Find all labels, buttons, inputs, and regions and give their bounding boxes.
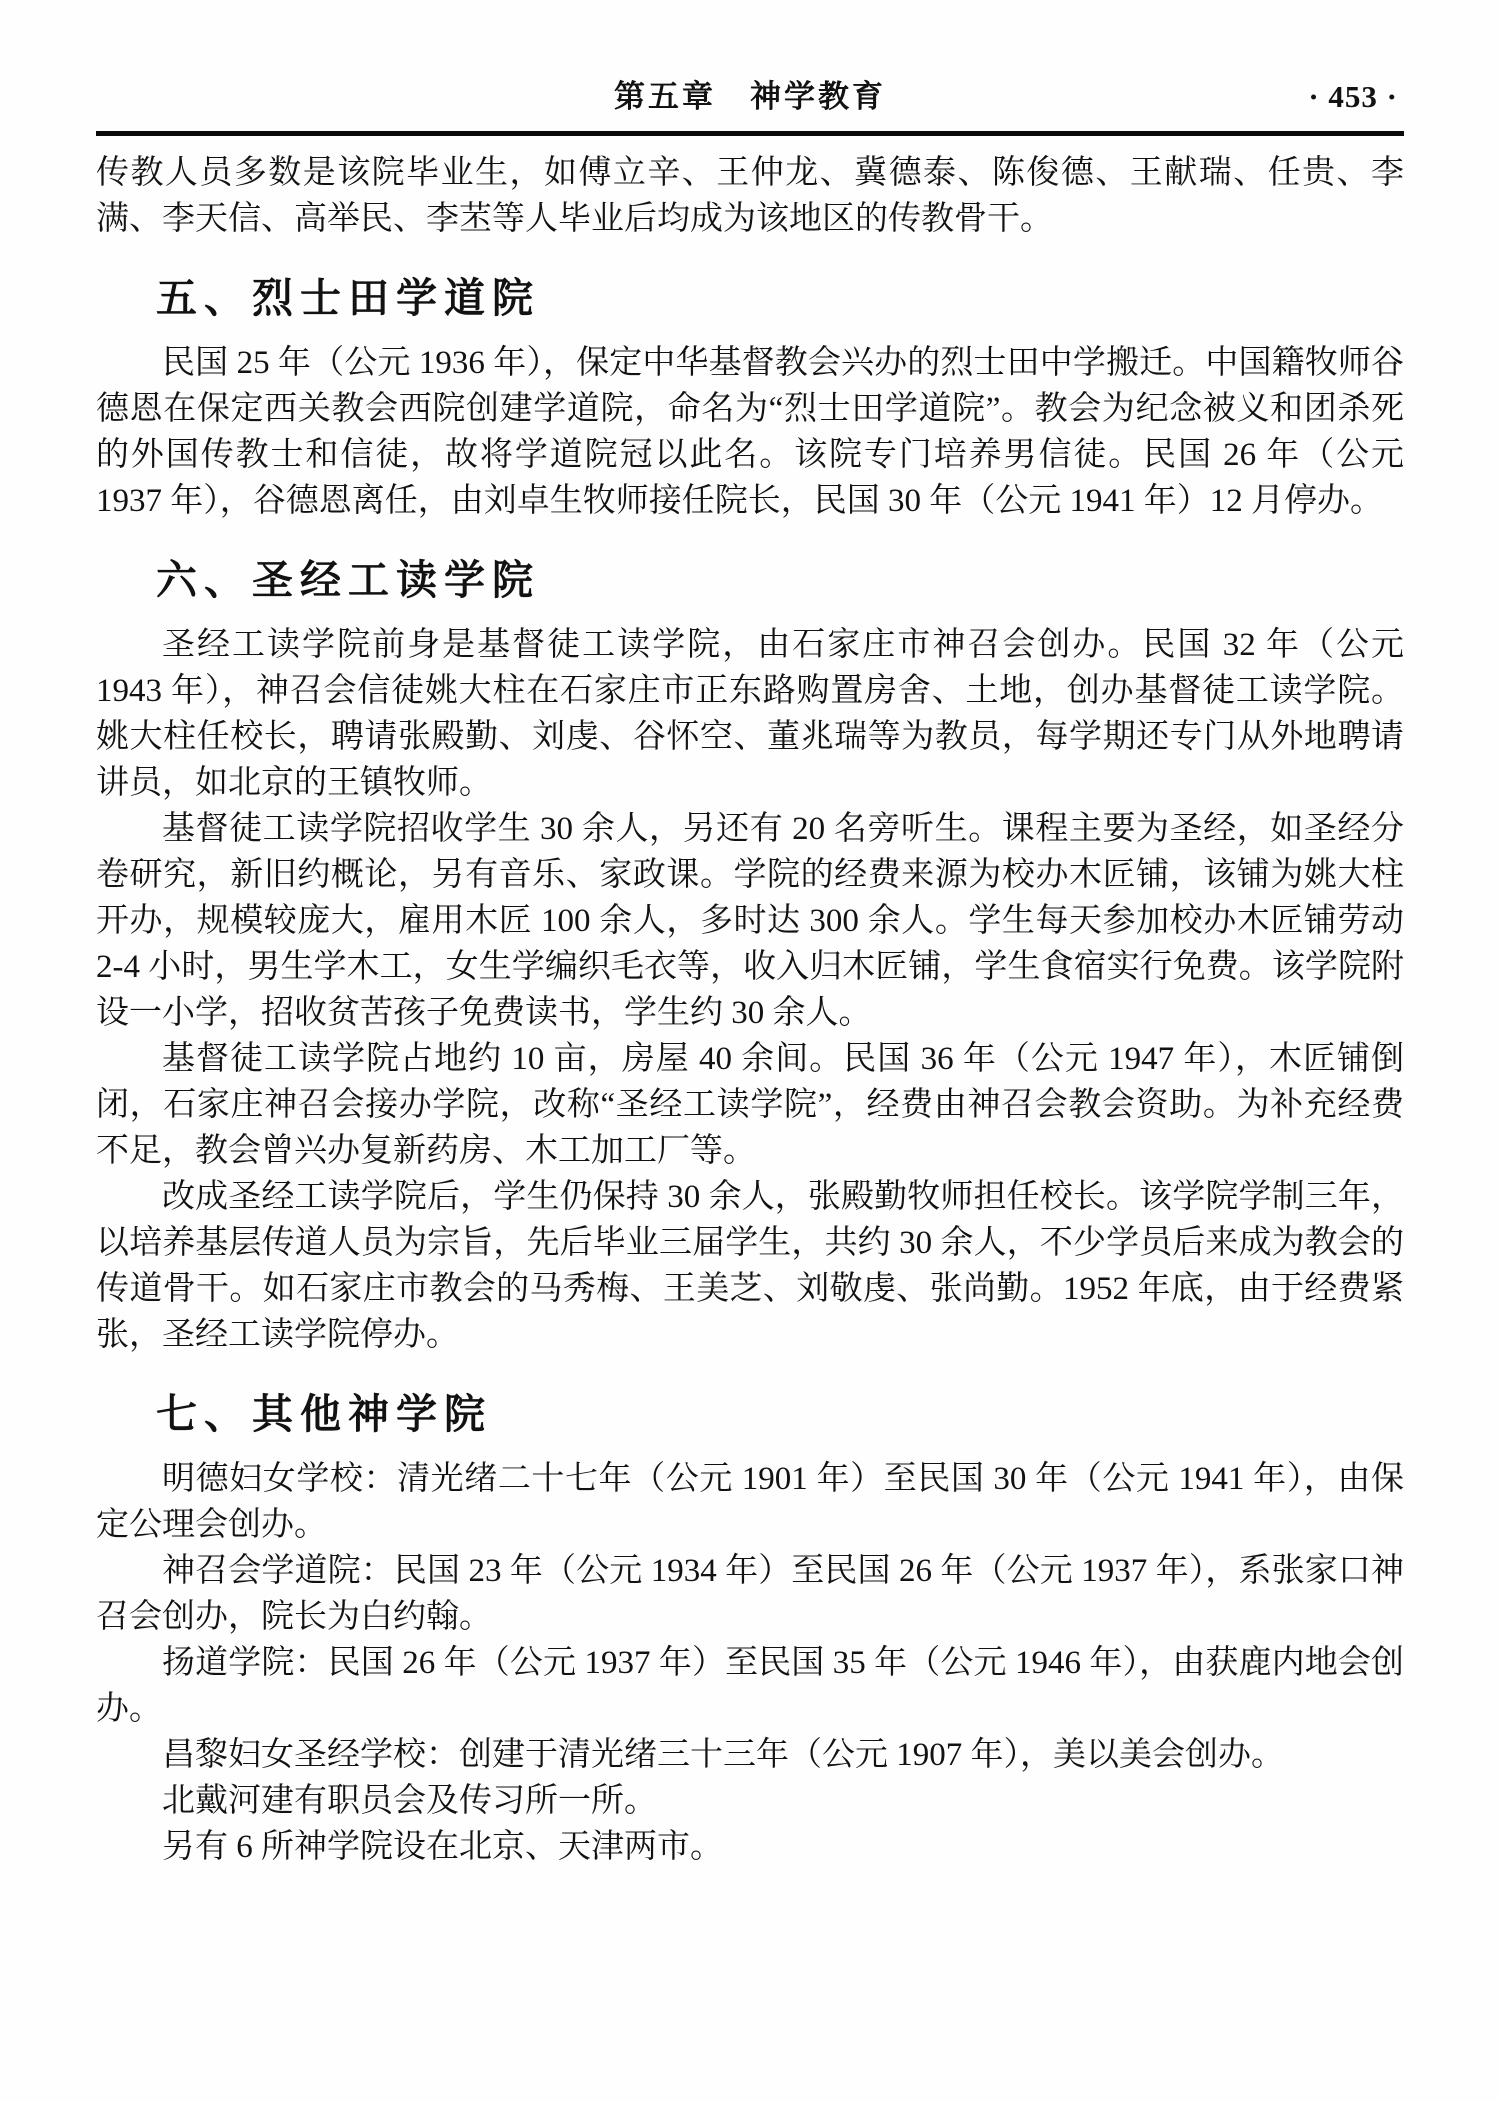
section-heading-7: 七、其他神学院 bbox=[156, 1388, 1404, 1440]
body-paragraph: 圣经工读学院前身是基督徒工读学院，由石家庄市神召会创办。民国 32 年（公元 1… bbox=[96, 622, 1404, 806]
body-paragraph: 另有 6 所神学院设在北京、天津两市。 bbox=[96, 1824, 1404, 1870]
body-paragraph: 民国 25 年（公元 1936 年），保定中华基督教会兴办的烈士田中学搬迁。中国… bbox=[96, 340, 1404, 524]
body-paragraph: 神召会学道院：民国 23 年（公元 1934 年）至民国 26 年（公元 193… bbox=[96, 1548, 1404, 1640]
page-body: 传教人员多数是该院毕业生，如傅立辛、王仲龙、冀德泰、陈俊德、王献瑞、任贵、李满、… bbox=[96, 150, 1404, 1870]
body-paragraph: 北戴河建有职员会及传习所一所。 bbox=[96, 1778, 1404, 1824]
paragraph-continuation: 传教人员多数是该院毕业生，如傅立辛、王仲龙、冀德泰、陈俊德、王献瑞、任贵、李满、… bbox=[96, 150, 1404, 242]
body-paragraph: 明德妇女学校：清光绪二十七年（公元 1901 年）至民国 30 年（公元 194… bbox=[96, 1456, 1404, 1548]
section-heading-6: 六、圣经工读学院 bbox=[156, 554, 1404, 606]
page-content: 第五章 神学教育 · 453 · 传教人员多数是该院毕业生，如傅立辛、王仲龙、冀… bbox=[0, 0, 1500, 1870]
page-number: · 453 · bbox=[1308, 76, 1398, 118]
body-paragraph: 基督徒工读学院占地约 10 亩，房屋 40 余间。民国 36 年（公元 1947… bbox=[96, 1036, 1404, 1174]
chapter-title: 第五章 神学教育 bbox=[614, 76, 886, 118]
running-header: 第五章 神学教育 · 453 · bbox=[96, 76, 1404, 118]
body-paragraph: 昌黎妇女圣经学校：创建于清光绪三十三年（公元 1907 年），美以美会创办。 bbox=[96, 1732, 1404, 1778]
body-paragraph: 扬道学院：民国 26 年（公元 1937 年）至民国 35 年（公元 1946 … bbox=[96, 1640, 1404, 1732]
body-paragraph: 改成圣经工读学院后，学生仍保持 30 余人，张殿勤牧师担任校长。该学院学制三年，… bbox=[96, 1174, 1404, 1358]
header-rule bbox=[96, 131, 1404, 136]
body-paragraph: 基督徒工读学院招收学生 30 余人，另还有 20 名旁听生。课程主要为圣经，如圣… bbox=[96, 806, 1404, 1036]
book-page: 第五章 神学教育 · 453 · 传教人员多数是该院毕业生，如傅立辛、王仲龙、冀… bbox=[0, 0, 1500, 2101]
section-heading-5: 五、烈士田学道院 bbox=[156, 272, 1404, 324]
